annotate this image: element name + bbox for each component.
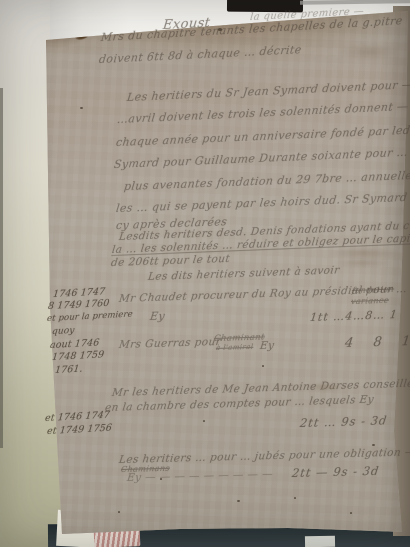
binding-shadow: [0, 88, 3, 448]
photo-of-manuscript: Exoustla quelle premiere —Mrs du chapitr…: [0, 0, 410, 547]
manuscript-page: [38, 6, 410, 540]
paper-slip: [305, 536, 335, 547]
dark-object-top: [227, 0, 303, 12]
